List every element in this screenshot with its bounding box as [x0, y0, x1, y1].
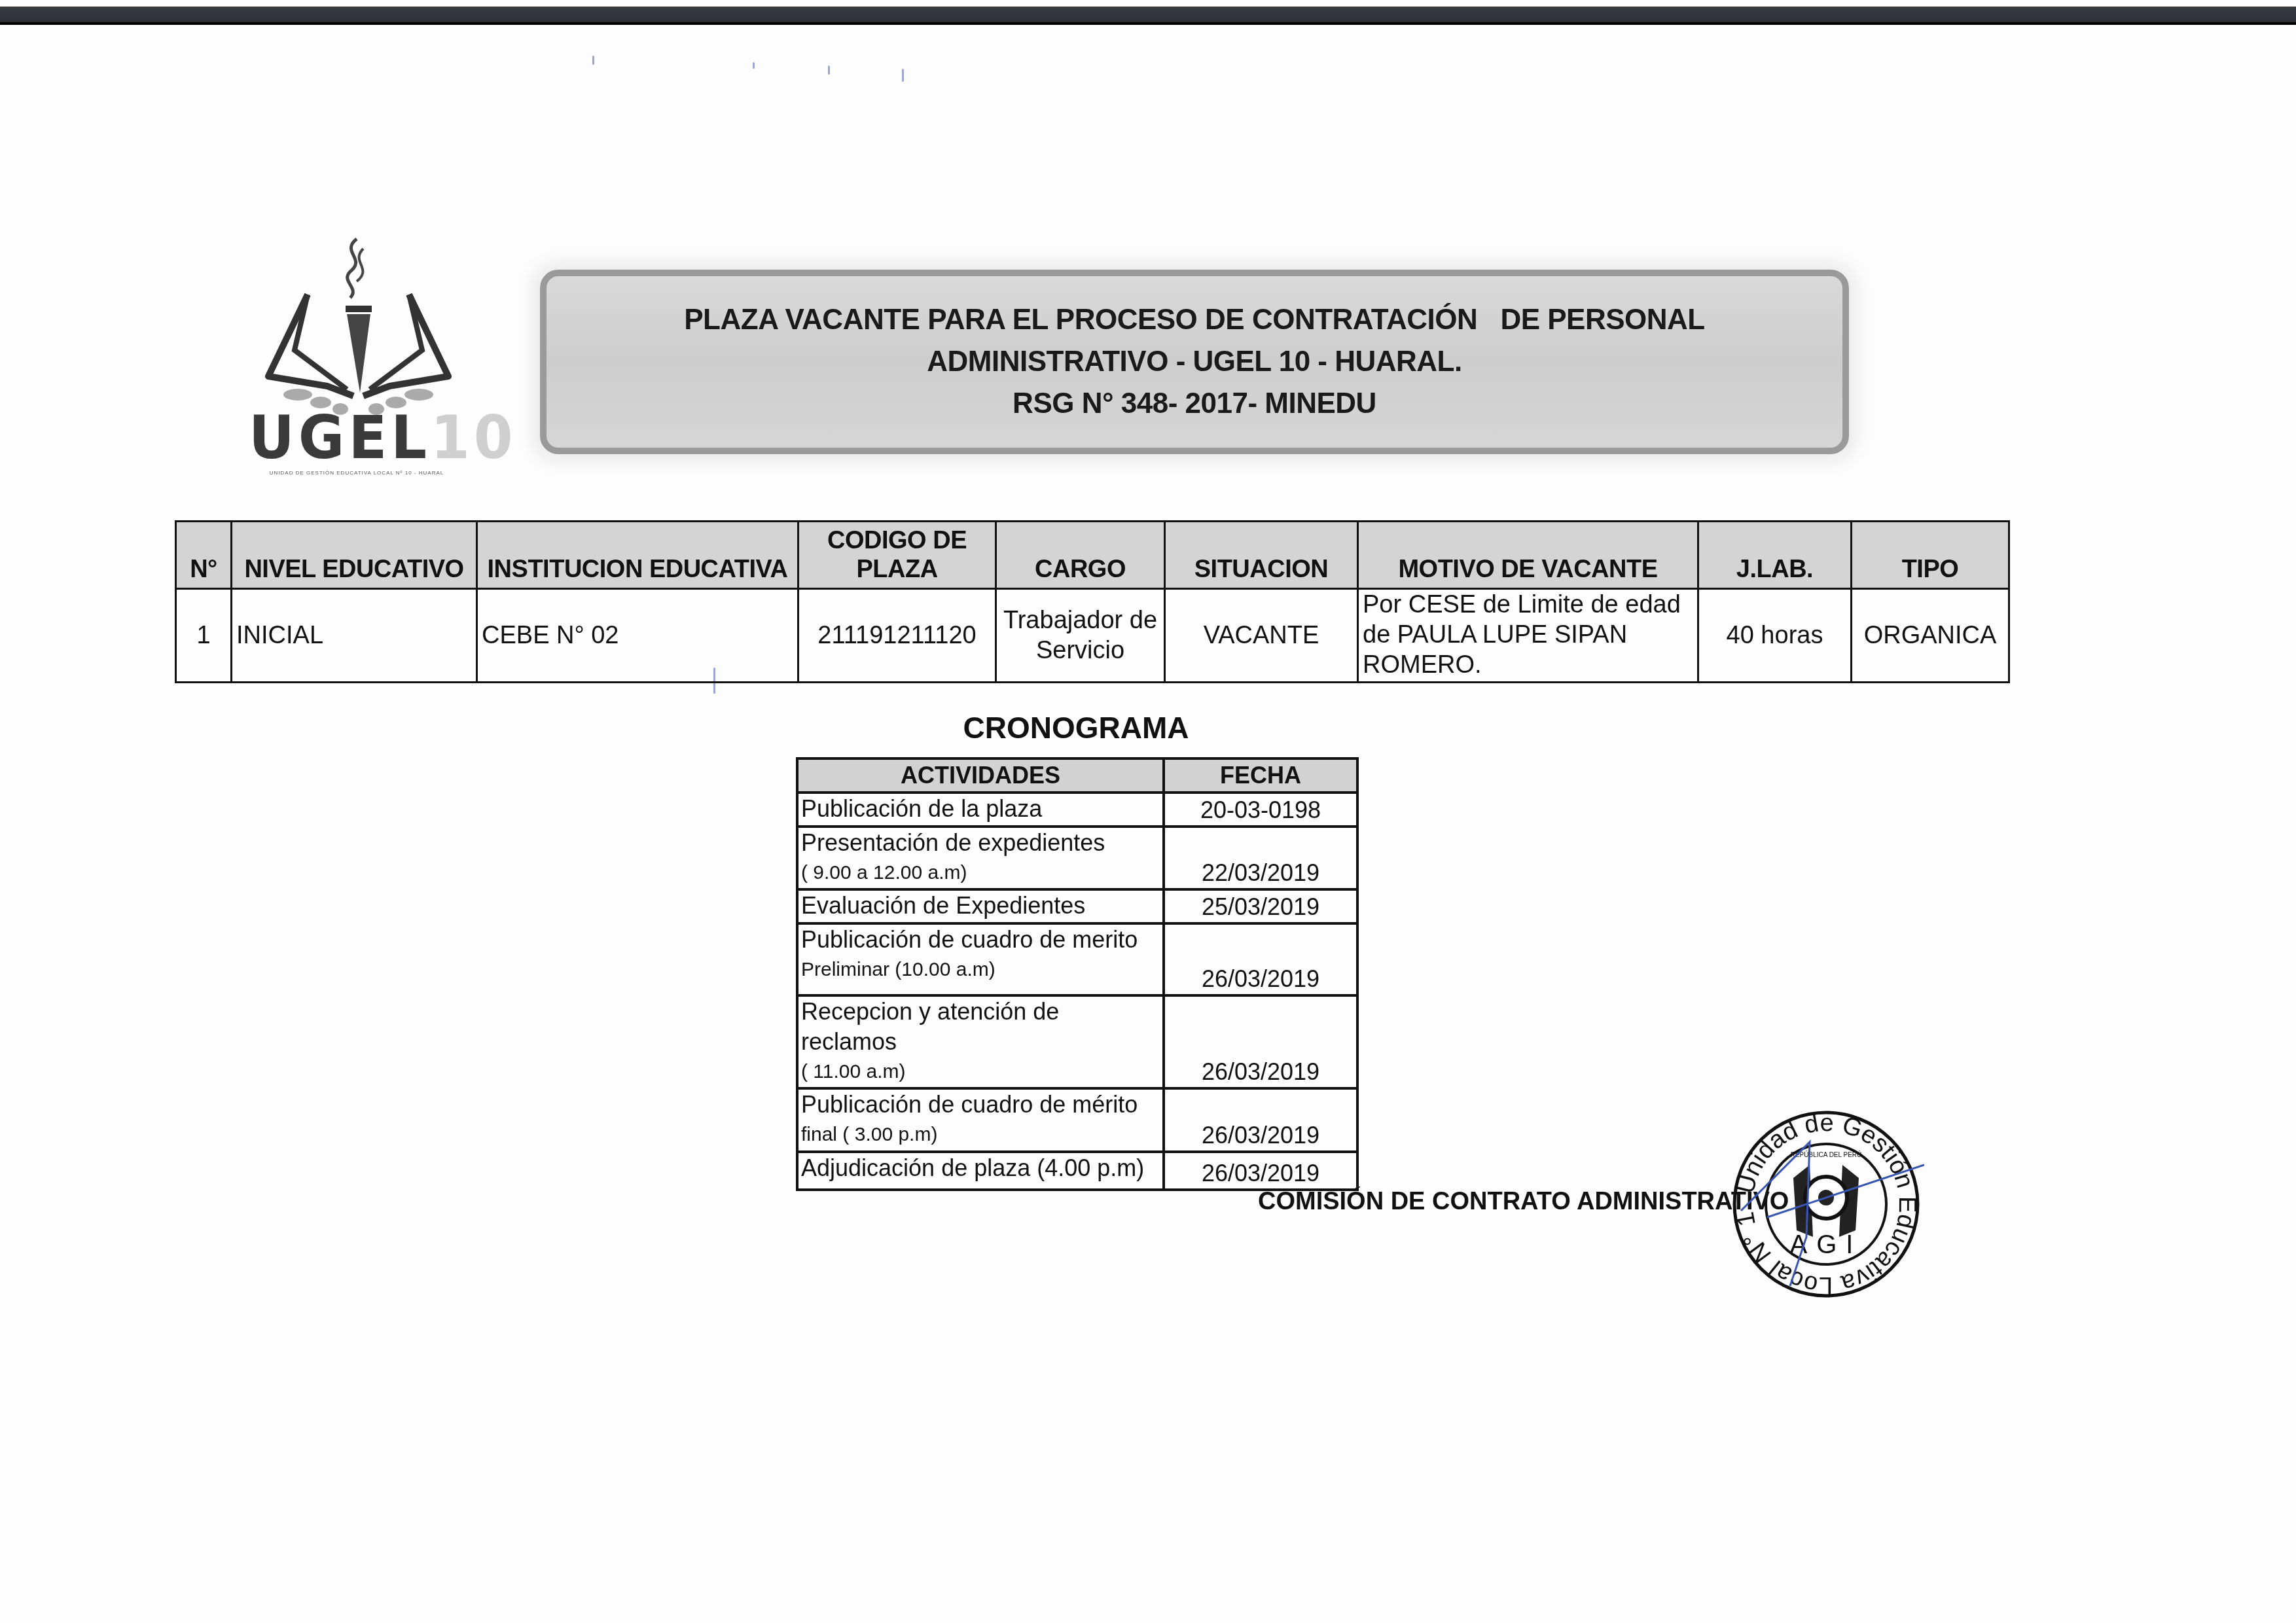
cell-fecha: 26/03/2019 — [1164, 1152, 1357, 1190]
logo-subtitle: UNIDAD DE GESTIÓN EDUCATIVA LOCAL Nº 10 … — [252, 470, 461, 476]
actividad-text: Adjudicación de plaza (4.00 p.m) — [801, 1153, 1160, 1183]
actividad-detalle: Preliminar (10.00 a.m) — [801, 955, 1160, 985]
cell-actividad: Adjudicación de plaza (4.00 p.m) — [797, 1152, 1164, 1190]
cell-tipo: ORGANICA — [1852, 589, 2009, 683]
cell-n: 1 — [176, 589, 232, 683]
actividad-text: Recepcion y atención de reclamos — [801, 997, 1160, 1057]
vacancy-table-header: N° NIVEL EDUCATIVO INSTITUCION EDUCATIVA… — [176, 522, 2009, 589]
title-line-1: PLAZA VACANTE PARA EL PROCESO DE CONTRAT… — [684, 299, 1704, 341]
cell-actividad: Evaluación de Expedientes — [797, 889, 1164, 923]
col-header-tipo: TIPO — [1852, 522, 2009, 589]
logo-wordmark: UGEL10 — [249, 404, 517, 473]
actividad-text: Presentación de expedientes — [801, 828, 1160, 858]
cell-fecha: 25/03/2019 — [1164, 889, 1357, 923]
table-row: Publicación de cuadro de méritofinal ( 3… — [797, 1088, 1357, 1152]
title-line-3: RSG N° 348- 2017- MINEDU — [1013, 383, 1376, 425]
col-header-nivel: NIVEL EDUCATIVO — [232, 522, 477, 589]
actividad-text: Publicación de la plaza — [801, 794, 1160, 824]
cell-nivel: INICIAL — [232, 589, 477, 683]
actividad-text: Publicación de cuadro de merito — [801, 925, 1160, 955]
col-header-jornada: J.LAB. — [1698, 522, 1852, 589]
col-header-situacion: SITUACION — [1165, 522, 1358, 589]
cell-cargo: Trabajador de Servicio — [996, 589, 1165, 683]
table-row: 1 INICIAL CEBE N° 02 211191211120 Trabaj… — [176, 589, 2009, 683]
cell-fecha: 20-03-0198 — [1164, 793, 1357, 827]
col-header-n: N° — [176, 522, 232, 589]
cell-jornada: 40 horas — [1698, 589, 1852, 683]
table-row: Presentación de expedientes( 9.00 a 12.0… — [797, 827, 1357, 889]
cell-fecha: 22/03/2019 — [1164, 827, 1357, 889]
cronograma-title: CRONOGRAMA — [796, 710, 1356, 745]
col-header-cargo: CARGO — [996, 522, 1165, 589]
cell-fecha: 26/03/2019 — [1164, 1088, 1357, 1152]
vacancy-table: N° NIVEL EDUCATIVO INSTITUCION EDUCATIVA… — [175, 520, 2010, 683]
cell-motivo: Por CESE de Limite de edad de PAULA LUPE… — [1358, 589, 1698, 683]
scan-edge-bar — [0, 7, 2296, 25]
official-seal-icon: Unidad de Gestión Educativa Local N° 10 … — [1728, 1106, 1924, 1302]
actividad-detalle: final ( 3.00 p.m) — [801, 1120, 1160, 1150]
table-row: Recepcion y atención de reclamos( 11.00 … — [797, 995, 1357, 1088]
table-row: Adjudicación de plaza (4.00 p.m)26/03/20… — [797, 1152, 1357, 1190]
table-row: Publicación de cuadro de meritoPrelimina… — [797, 923, 1357, 995]
actividad-detalle: ( 9.00 a 12.00 a.m) — [801, 858, 1160, 888]
col-header-actividades: ACTIVIDADES — [797, 758, 1164, 793]
actividad-detalle: ( 11.00 a.m) — [801, 1057, 1160, 1087]
table-row: Evaluación de Expedientes25/03/2019 — [797, 889, 1357, 923]
cell-actividad: Presentación de expedientes( 9.00 a 12.0… — [797, 827, 1164, 889]
cell-codigo: 211191211120 — [798, 589, 996, 683]
cell-fecha: 26/03/2019 — [1164, 923, 1357, 995]
cell-actividad: Publicación de cuadro de méritofinal ( 3… — [797, 1088, 1164, 1152]
title-banner: PLAZA VACANTE PARA EL PROCESO DE CONTRAT… — [540, 270, 1849, 454]
col-header-motivo: MOTIVO DE VACANTE — [1358, 522, 1698, 589]
actividad-text: Evaluación de Expedientes — [801, 891, 1160, 921]
cell-actividad: Publicación de cuadro de meritoPrelimina… — [797, 923, 1164, 995]
commission-signature-label: COMISIÓN DE CONTRATO ADMINISTRATIVO — [1258, 1188, 1789, 1216]
col-header-codigo: CODIGO DE PLAZA — [798, 522, 996, 589]
col-header-institucion: INSTITUCION EDUCATIVA — [477, 522, 798, 589]
table-row: Publicación de la plaza20-03-0198 — [797, 793, 1357, 827]
cronograma-table: ACTIVIDADES FECHA Publicación de la plaz… — [796, 757, 1359, 1191]
cell-actividad: Publicación de la plaza — [797, 793, 1164, 827]
cell-actividad: Recepcion y atención de reclamos( 11.00 … — [797, 995, 1164, 1088]
col-header-fecha: FECHA — [1164, 758, 1357, 793]
cell-fecha: 26/03/2019 — [1164, 995, 1357, 1088]
title-line-2: ADMINISTRATIVO - UGEL 10 - HUARAL. — [927, 341, 1462, 383]
cell-situacion: VACANTE — [1165, 589, 1358, 683]
cell-institucion: CEBE N° 02 — [477, 589, 798, 683]
cronograma-header: ACTIVIDADES FECHA — [797, 758, 1357, 793]
actividad-text: Publicación de cuadro de mérito — [801, 1090, 1160, 1120]
